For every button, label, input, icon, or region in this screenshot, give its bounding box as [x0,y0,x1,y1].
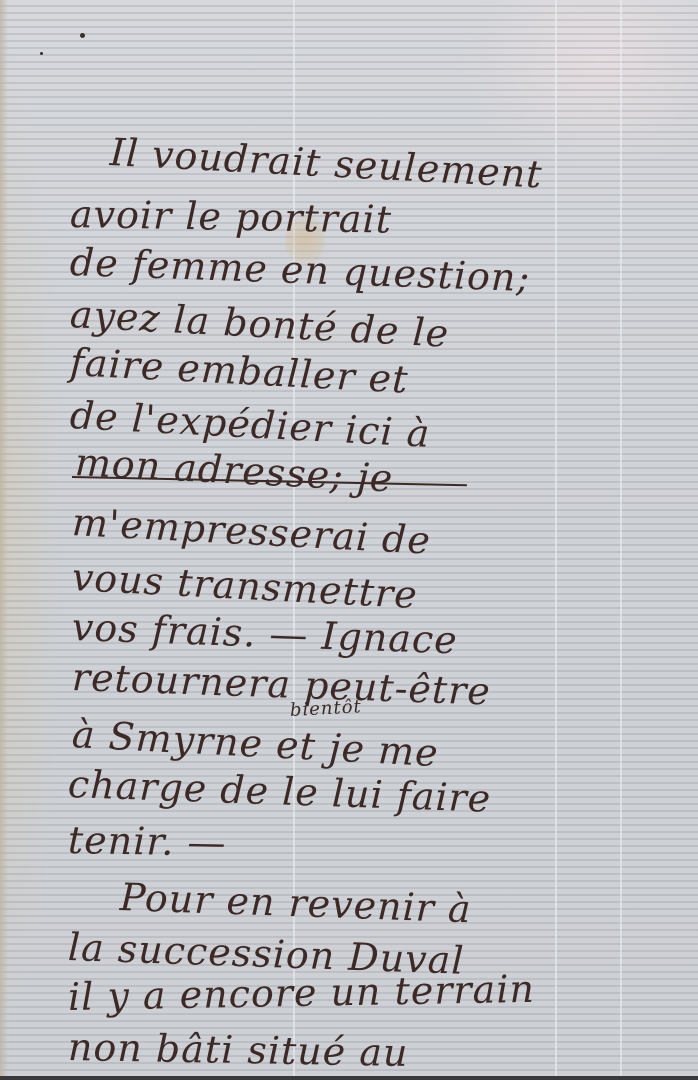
fold-line [620,0,622,1080]
fold-line [555,0,557,1080]
interlinear-insert: bientôt [289,696,362,721]
text-line: avoir le portrait [70,192,393,242]
text-line: non bâti situé au [68,1025,409,1075]
ink-spot [40,52,43,55]
text-line: il y a encore un terrain [68,967,536,1019]
text-line: tenir. — [68,818,227,865]
scan-border [0,1076,698,1080]
letter-page: Il voudrait seulement avoir le portrait … [0,0,698,1080]
ink-spot [80,33,85,38]
paper-edge-stain [0,0,8,1080]
